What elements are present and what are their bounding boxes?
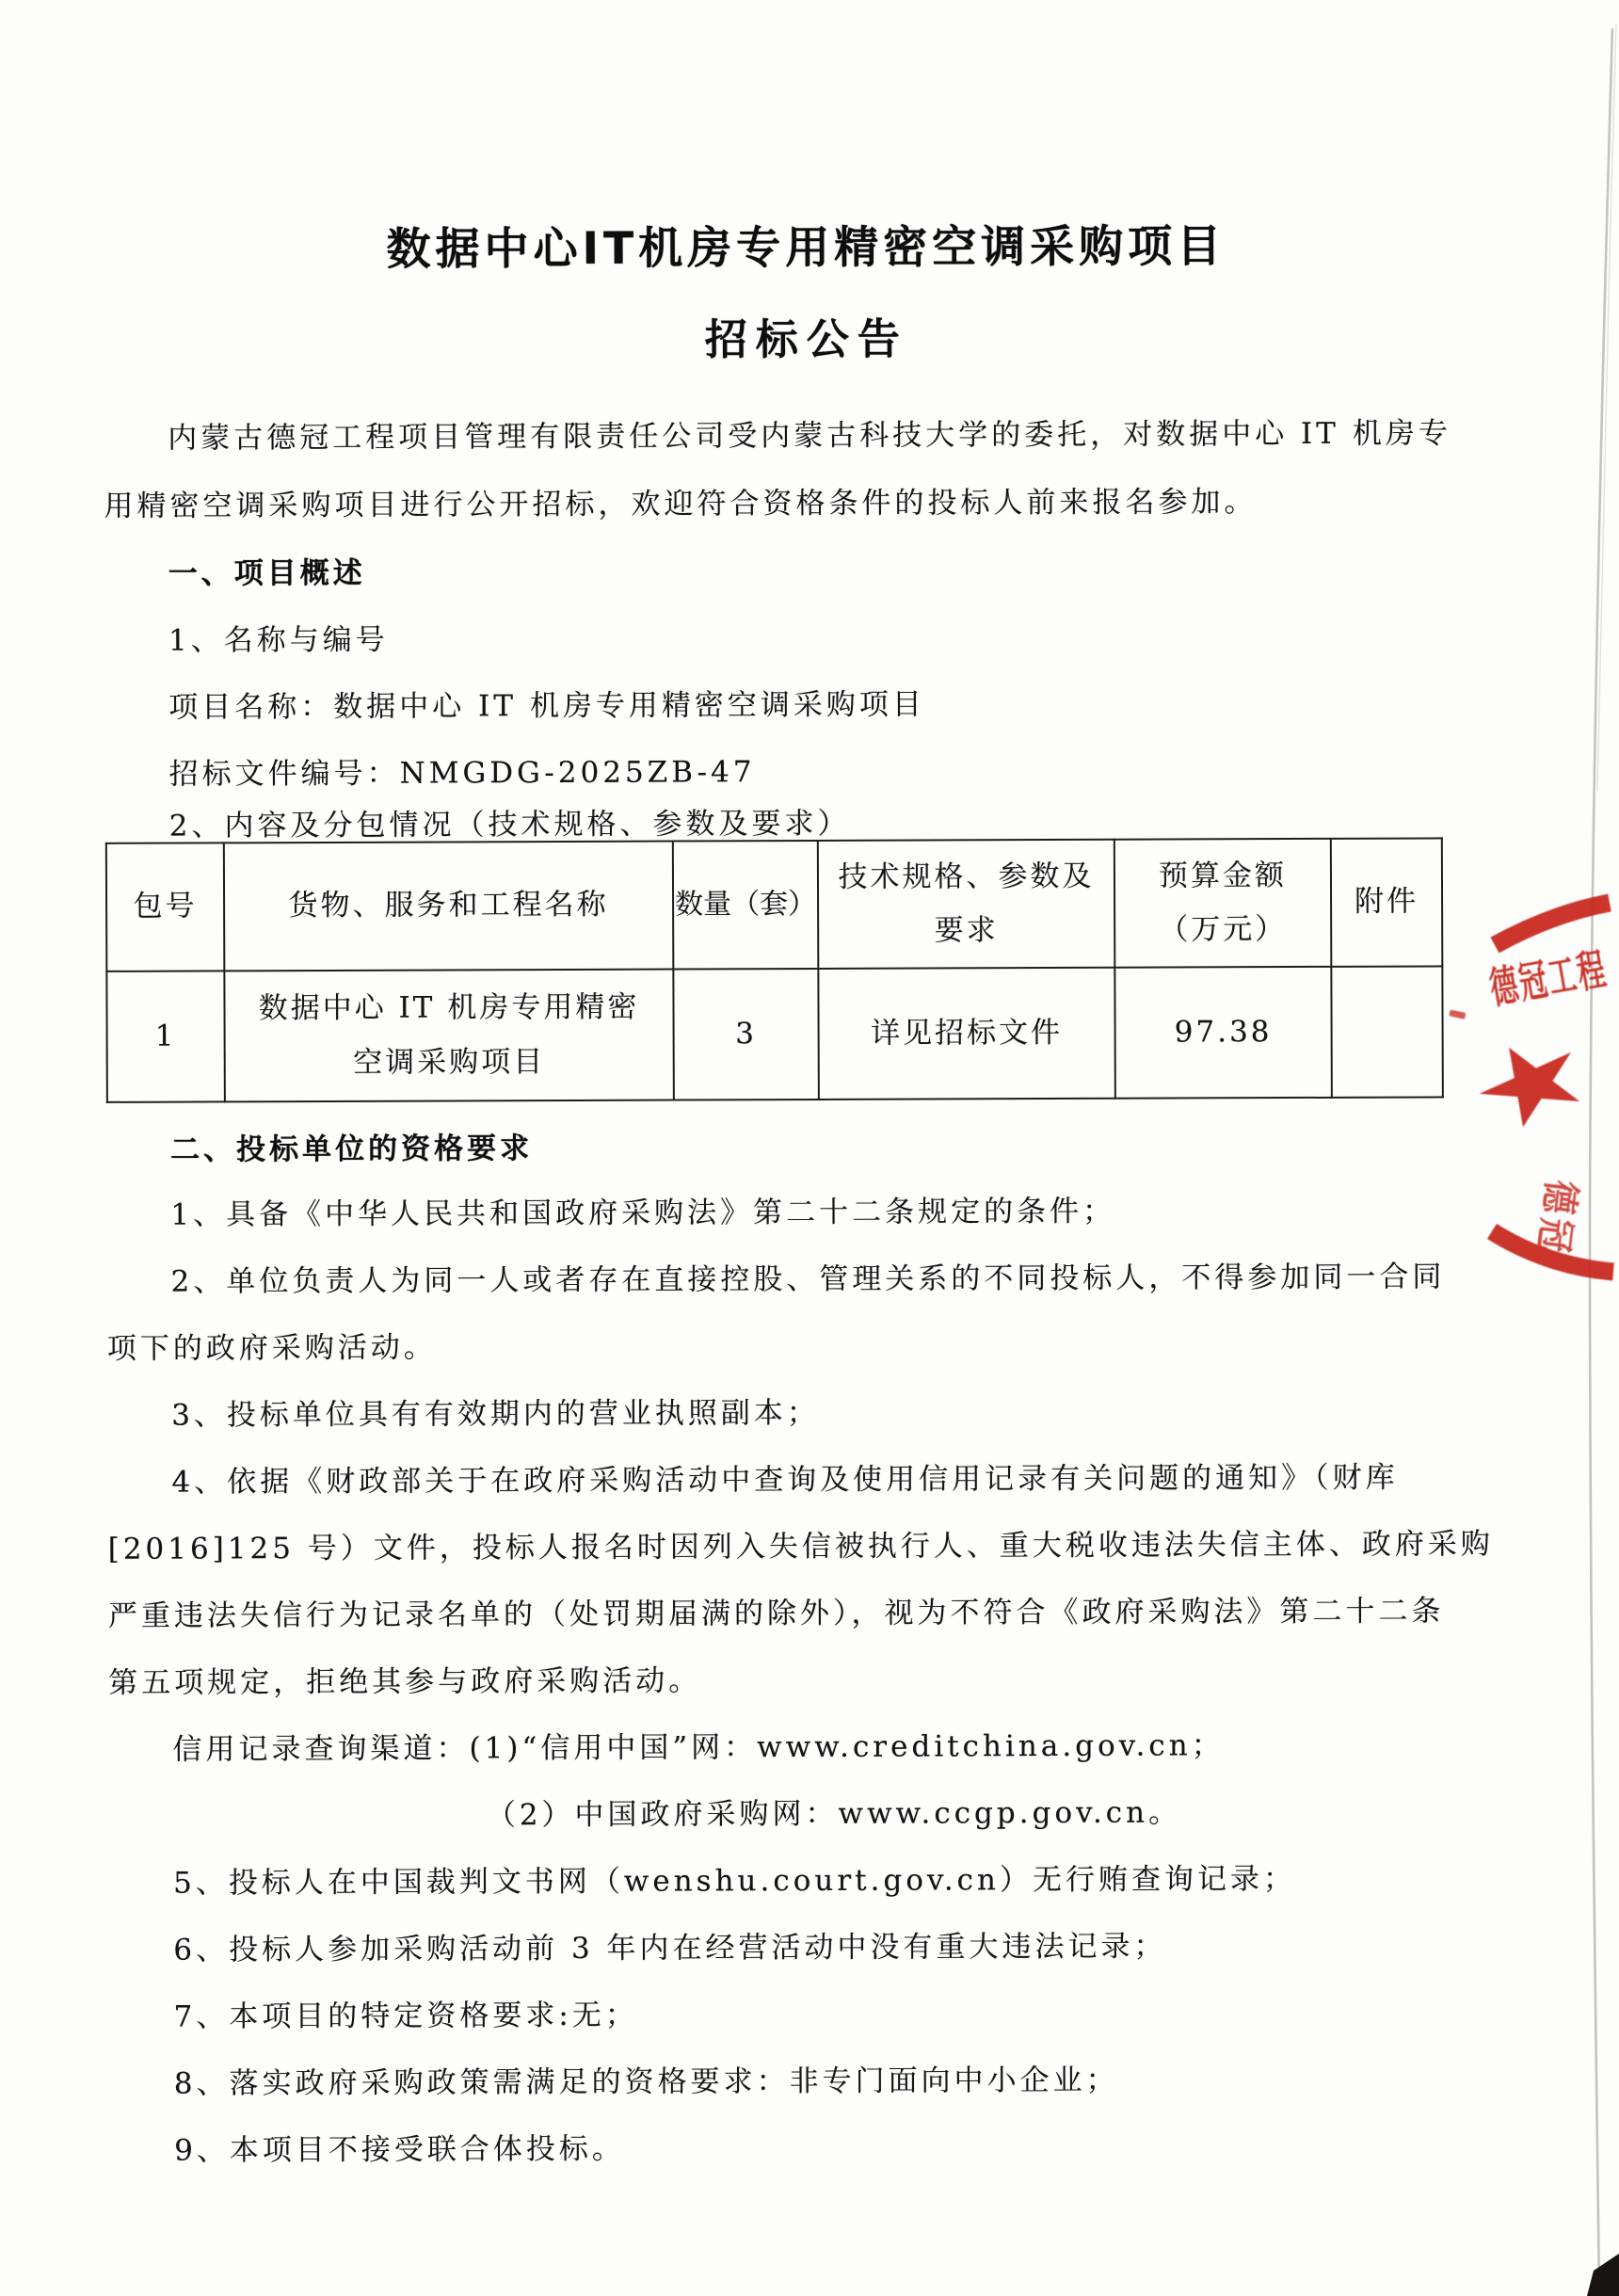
col-header-package-no: 包号 (106, 843, 225, 971)
credit-channel-line-2: （2）中国政府采购网：www.ccgp.gov.cn。 (487, 1788, 1181, 1833)
document-subtitle: 招标公告 (0, 302, 1616, 370)
project-name-line: 项目名称：数据中心 IT 机房专用精密空调采购项目 (168, 681, 925, 726)
credit-channel-line-1: 信用记录查询渠道：(1)“信用中国”网：www.creditchina.gov.… (172, 1721, 1224, 1767)
requirement-line-4: 4、依据《财政部关于在政府采购活动中查询及使用信用记录有关问题的通知》（财库 (171, 1453, 1398, 1501)
section1-sub2: 2、内容及分包情况（技术规格、参数及要求） (169, 799, 851, 844)
intro-line-2: 用精密空调采购项目进行公开招标，欢迎符合资格条件的投标人前来报名参加。 (104, 477, 1257, 524)
section2-heading: 二、投标单位的资格要求 (170, 1124, 533, 1167)
intro-line-1: 内蒙古德冠工程项目管理有限责任公司受内蒙古科技大学的委托，对数据中心 IT 机房… (168, 409, 1451, 456)
document-content: 数据中心IT机房专用精密空调采购项目 招标公告 内蒙古德冠工程项目管理有限责任公… (0, 0, 1619, 2296)
cell-goods-name: 数据中心 IT 机房专用精密空调采购项目 (224, 970, 674, 1102)
col-header-attachment: 附件 (1331, 838, 1443, 966)
requirement-line-5: 5、投标人在中国裁判文书网（wenshu.court.gov.cn）无行贿查询记… (173, 1854, 1296, 1902)
requirement-line-6: 6、投标人参加采购活动前 3 年内在经营活动中没有重大违法记录； (173, 1922, 1166, 1968)
col-header-spec: 技术规格、参数及要求 (818, 840, 1115, 969)
cell-attachment (1331, 966, 1443, 1097)
scanned-document-page: 数据中心IT机房专用精密空调采购项目 招标公告 内蒙古德冠工程项目管理有限责任公… (0, 0, 1619, 2296)
cell-package-no: 1 (106, 971, 225, 1101)
requirement-line-2: 2、单位负责人为同一人或者存在直接控股、管理关系的不同投标人，不得参加同一合同 (171, 1252, 1446, 1299)
table-row: 1 数据中心 IT 机房专用精密空调采购项目 3 详见招标文件 97.38 (106, 966, 1443, 1101)
requirement-line-4-cont1: [2016]125 号）文件，投标人报名时因列入失信被执行人、重大税收违法失信主… (108, 1519, 1494, 1567)
requirement-line-9: 9、本项目不接受联合体投标。 (174, 2125, 625, 2169)
requirement-line-4-cont3: 第五项规定，拒绝其参与政府采购活动。 (108, 1656, 701, 1700)
requirement-line-2-cont: 项下的政府采购活动。 (107, 1324, 437, 1367)
cell-budget: 97.38 (1114, 967, 1332, 1099)
section1-sub1: 1、名称与编号 (168, 616, 389, 659)
cell-spec: 详见招标文件 (818, 968, 1115, 1100)
requirement-line-3: 3、投标单位具有有效期内的营业执照副本； (171, 1389, 820, 1434)
col-header-quantity: 数量（套） (673, 841, 819, 970)
col-header-budget: 预算金额（万元） (1114, 839, 1332, 968)
requirement-line-4-cont2: 严重违法失信行为记录名单的（处罚期届满的除外），视为不符合《政府采购法》第二十二… (108, 1586, 1445, 1633)
cell-quantity: 3 (673, 969, 819, 1100)
section1-heading: 一、项目概述 (168, 549, 366, 592)
tender-doc-number-line: 招标文件编号：NMGDG-2025ZB-47 (168, 747, 755, 792)
package-table: 包号 货物、服务和工程名称 数量（套） 技术规格、参数及要求 预算金额（万元） … (105, 837, 1444, 1102)
requirement-line-1: 1、具备《中华人民共和国政府采购法》第二十二条规定的条件； (170, 1187, 1115, 1233)
requirement-line-7: 7、本项目的特定资格要求:无； (174, 1991, 638, 2035)
requirement-line-8: 8、落实政府采购政策需满足的资格要求：非专门面向中小企业； (174, 2056, 1119, 2102)
document-title: 数据中心IT机房专用精密空调采购项目 (0, 210, 1616, 280)
package-table-header-row: 包号 货物、服务和工程名称 数量（套） 技术规格、参数及要求 预算金额（万元） … (106, 838, 1443, 971)
col-header-goods-name: 货物、服务和工程名称 (224, 842, 674, 971)
